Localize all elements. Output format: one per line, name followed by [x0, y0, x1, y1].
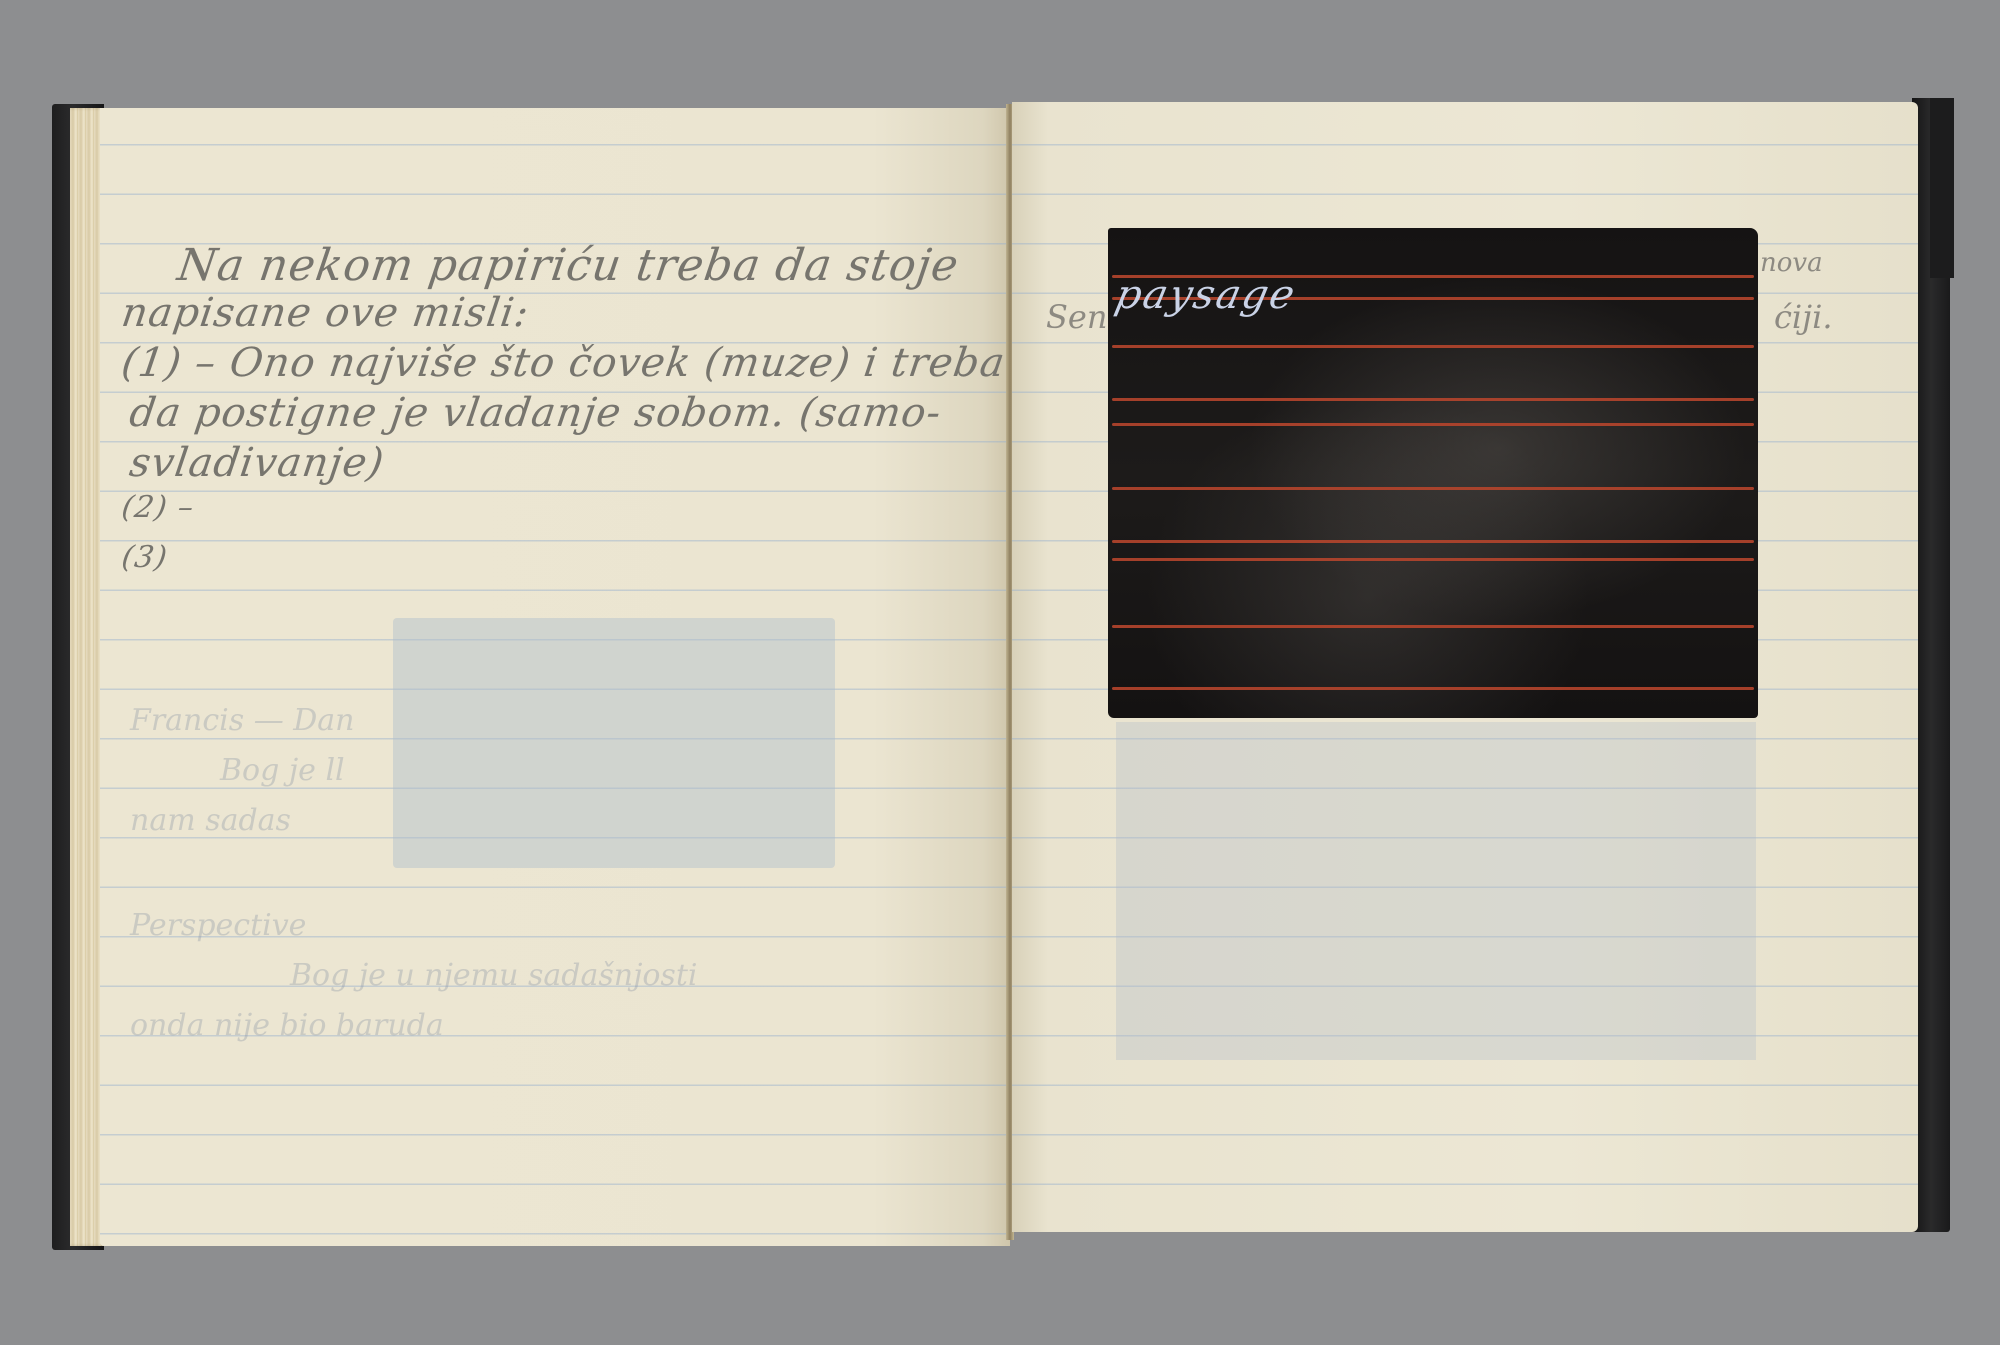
margin-note-right-bottom: ćiji.: [1774, 298, 1832, 336]
red-line: [1112, 687, 1754, 690]
handwriting-line: (2) –: [120, 490, 197, 525]
red-line: [1112, 345, 1754, 348]
bleed-through-rectangle: [1116, 722, 1756, 1060]
red-line: [1112, 423, 1754, 426]
handwriting-line: (3): [120, 540, 170, 575]
handwriting-line: svladivanje): [127, 440, 388, 486]
bleed-through-rectangle: [393, 618, 835, 868]
paysage-label: paysage: [1111, 272, 1300, 318]
handwriting-line: napisane ove misli:: [119, 290, 532, 336]
red-line: [1112, 540, 1754, 543]
page-stack-edge: [70, 108, 104, 1246]
margin-note-right-top: nova: [1760, 248, 1823, 278]
red-line: [1112, 558, 1754, 561]
red-line: [1112, 487, 1754, 490]
bleed-text: nam sadas: [130, 803, 291, 838]
bleed-text: onda nije bio baruda: [130, 1008, 444, 1043]
red-line: [1112, 625, 1754, 628]
paysage-painting: paysage: [1108, 228, 1758, 718]
bleed-text: Bog je ll: [220, 753, 345, 788]
bleed-text: Bog je u njemu sadašnjosti: [290, 958, 697, 993]
red-line: [1112, 398, 1754, 401]
left-page: Francis — Dan Bog je ll nam sadas Perspe…: [100, 108, 1010, 1246]
notebook-cover-tab: [1930, 98, 1954, 278]
bleed-text: Perspective: [130, 908, 306, 943]
handwriting-line: (1) – Ono najviše što čovek (muze) i tre…: [119, 340, 1009, 386]
handwriting-line: Na nekom papiriću treba da stoje: [174, 240, 962, 291]
bleed-text: Francis — Dan: [130, 703, 355, 738]
margin-note-left: Sen: [1046, 298, 1107, 336]
handwriting-line: da postigne je vladanje sobom. (samo-: [127, 390, 945, 436]
